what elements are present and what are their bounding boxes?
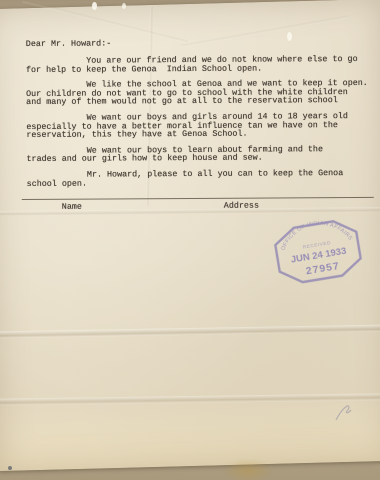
paragraph: Mr. Howard, please to all you can to kee…: [27, 169, 367, 188]
paragraph: We like the school at Genoa and we want …: [26, 79, 366, 107]
paragraph: You are our friend and we do not know wh…: [26, 55, 366, 74]
paper-speck: [122, 3, 126, 9]
dark-speck: [8, 466, 12, 470]
signature-rule: [22, 197, 374, 200]
pencil-mark: [332, 402, 356, 424]
letter-content: Dear Mr. Howard:- You are our friend and…: [0, 0, 380, 480]
letter-body: Dear Mr. Howard:- You are our friend and…: [26, 38, 367, 213]
paragraph: We want our boys and girls around 14 to …: [26, 112, 366, 140]
signature-block: Name Address: [22, 195, 374, 213]
paper-speck: [287, 32, 292, 41]
name-label: Name: [62, 202, 82, 212]
address-label: Address: [224, 201, 259, 211]
received-stamp: OFFICE OF INDIAN AFFAIRS RECEIVED JUN 24…: [270, 214, 367, 289]
salutation: Dear Mr. Howard:-: [26, 38, 366, 49]
paper-speck: [92, 2, 97, 10]
paragraph: We want our boys to learn about farming …: [26, 145, 366, 164]
paper-stain: [222, 458, 274, 480]
